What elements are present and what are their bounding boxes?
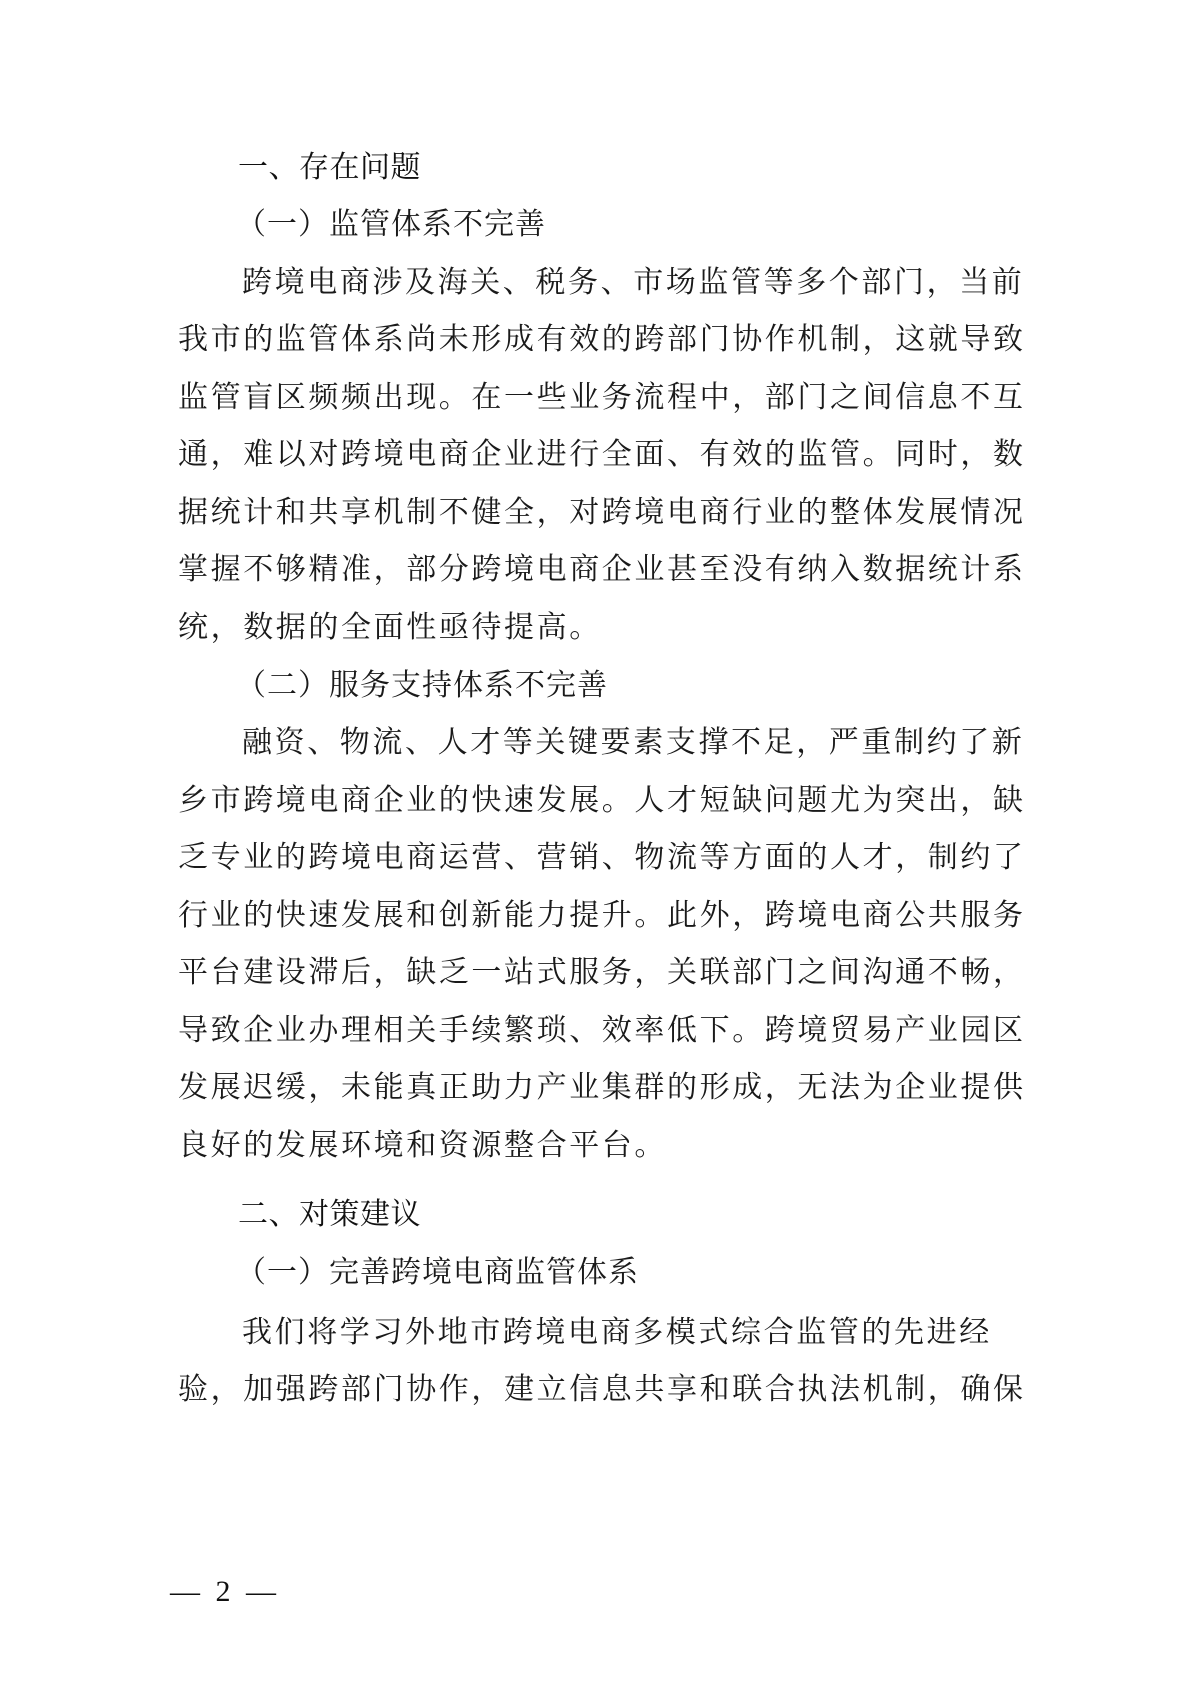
paragraph-line: 我市的监管体系尚未形成有效的跨部门协作机制，这就导致 [178,311,1018,369]
paragraph-line: 监管盲区频频出现。在一些业务流程中，部门之间信息不互 [178,369,1018,427]
paragraph-line: 验，加强跨部门协作，建立信息共享和联合执法机制，确保 [178,1361,1018,1419]
paragraph-line: 发展迟缓，未能真正助力产业集群的形成，无法为企业提供 [178,1059,1018,1117]
paragraph-line: 统，数据的全面性亟待提高。 [178,599,1018,657]
paragraph-line: 行业的快速发展和创新能力提升。此外，跨境电商公共服务 [178,887,1018,945]
paragraph-line: 乏专业的跨境电商运营、营销、物流等方面的人才，制约了 [178,829,1018,887]
document-page: 一、存在问题 （一）监管体系不完善 跨境电商涉及海关、税务、市场监管等多个部门，… [0,0,1190,1682]
paragraph-line: 掌握不够精准，部分跨境电商企业甚至没有纳入数据统计系 [178,541,1018,599]
paragraph-line: 我们将学习外地市跨境电商多模式综合监管的先进经 [242,1304,1082,1362]
section-heading-suggestions: 二、对策建议 [238,1186,1078,1244]
paragraph-line: 乡市跨境电商企业的快速发展。人才短缺问题尤为突出，缺 [178,772,1018,830]
subsection-title-service: （二）服务支持体系不完善 [236,657,1076,715]
paragraph-line: 跨境电商涉及海关、税务、市场监管等多个部门，当前 [242,254,1082,312]
section-heading-problems: 一、存在问题 [238,139,1078,197]
paragraph-line: 导致企业办理相关手续繁琐、效率低下。跨境贸易产业园区 [178,1002,1018,1060]
paragraph-line: 平台建设滞后，缺乏一站式服务，关联部门之间沟通不畅， [178,944,1018,1002]
paragraph-line: 通，难以对跨境电商企业进行全面、有效的监管。同时，数 [178,426,1018,484]
paragraph-line: 融资、物流、人才等关键要素支撑不足，严重制约了新 [242,714,1082,772]
page-number: — 2 — [170,1575,280,1609]
subsection-title-improve-regulation: （一）完善跨境电商监管体系 [236,1244,1076,1302]
paragraph-line: 良好的发展环境和资源整合平台。 [178,1117,1018,1175]
paragraph-line: 据统计和共享机制不健全，对跨境电商行业的整体发展情况 [178,484,1018,542]
subsection-title-regulation: （一）监管体系不完善 [236,196,1076,254]
